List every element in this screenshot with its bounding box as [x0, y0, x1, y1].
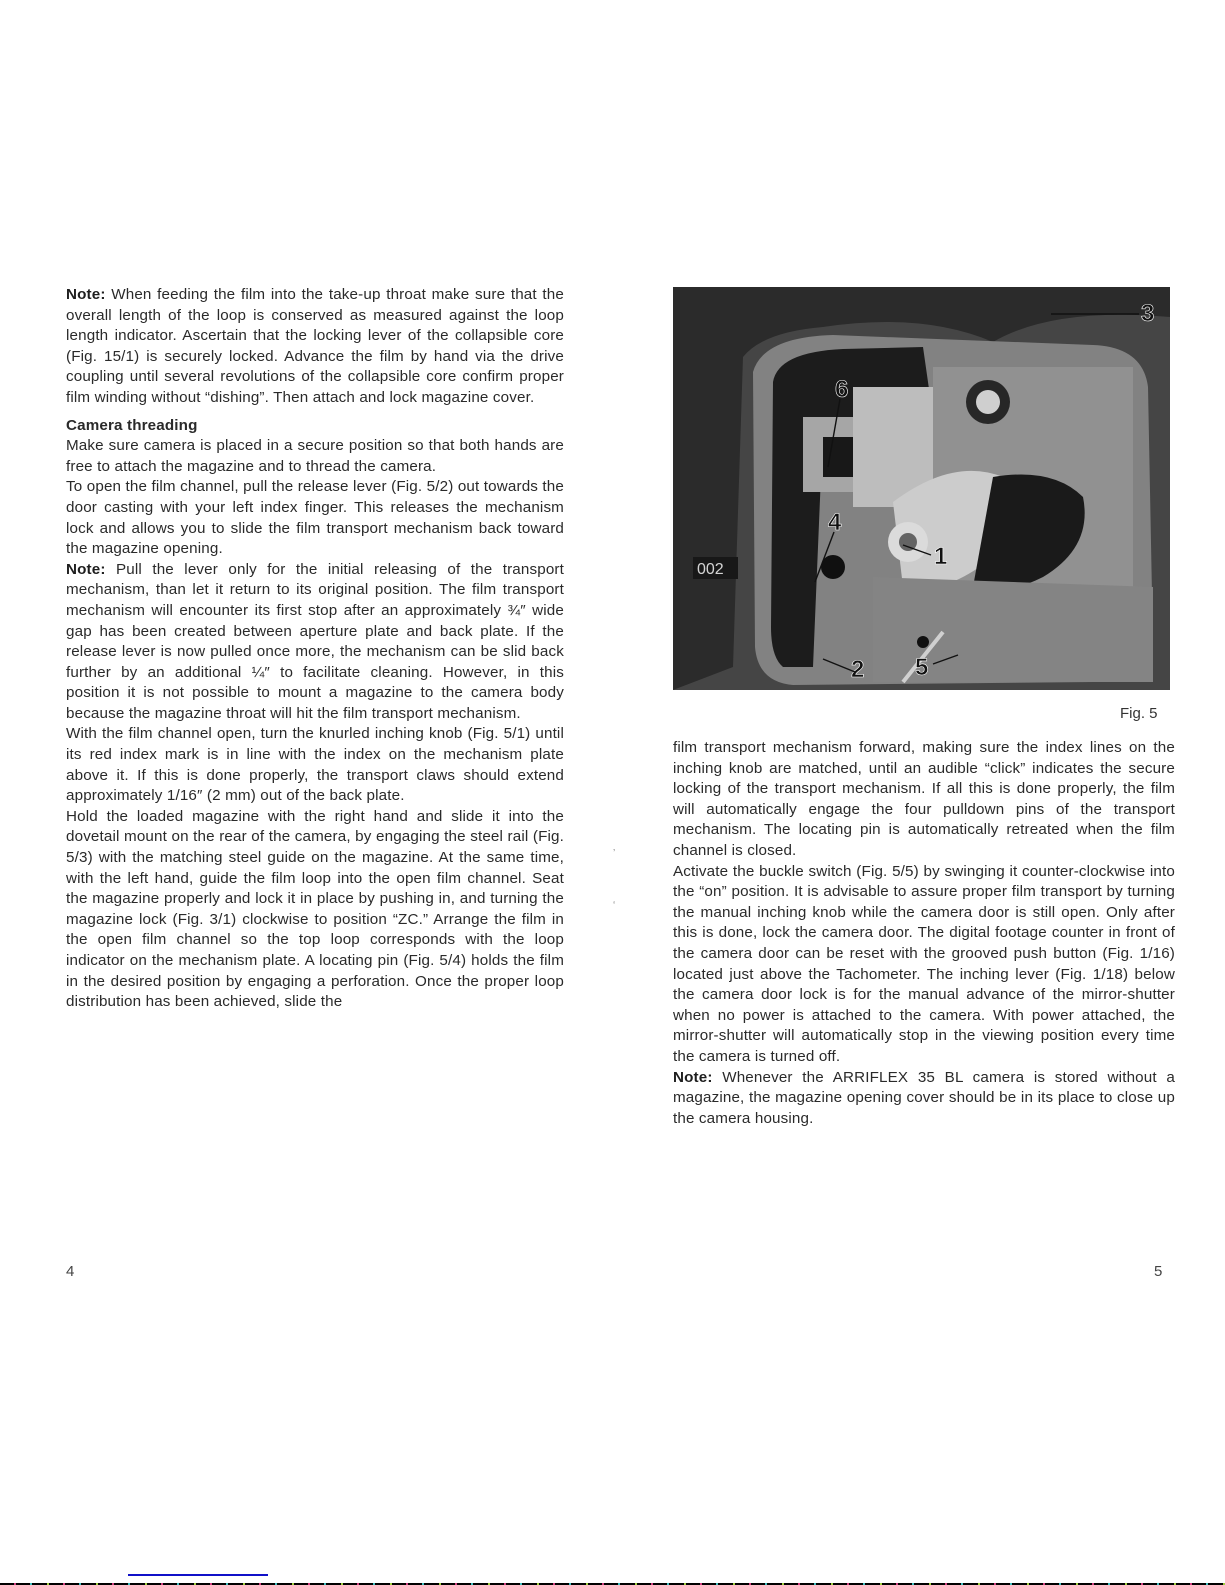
- note-label: Note:: [66, 286, 106, 303]
- paragraph-note-storage: Note: Whenever the ARRIFLEX 35 BL camera…: [673, 1068, 1175, 1130]
- paragraph-open-film-channel: To open the film channel, pull the relea…: [66, 477, 564, 559]
- paragraph-load-magazine: Hold the loaded magazine with the right …: [66, 807, 564, 1013]
- paragraph-note-lever: Note: Pull the lever only for the initia…: [66, 560, 564, 725]
- section-heading-camera-threading: Camera threading: [66, 416, 564, 437]
- right-page-text: film transport mechanism forward, making…: [673, 738, 1175, 1129]
- link-underline[interactable]: [128, 1574, 268, 1576]
- figure-5-camera-photo: 002 1 2 3 4 5 6: [673, 287, 1170, 690]
- scan-artifact-mark: ‘: [613, 900, 615, 911]
- figure-caption: Fig. 5: [1120, 705, 1158, 722]
- paragraph-slide-forward: film transport mechanism forward, making…: [673, 738, 1175, 862]
- callout-1: 1: [934, 543, 947, 570]
- paragraph-buckle-switch: Activate the buckle switch (Fig. 5/5) by…: [673, 862, 1175, 1068]
- note-label: Note:: [673, 1069, 713, 1086]
- note-label: Note:: [66, 561, 106, 578]
- page-number-right: 5: [1154, 1263, 1162, 1280]
- callout-6: 6: [835, 376, 848, 403]
- callout-3: 3: [1141, 300, 1154, 327]
- paragraph-note-takeup: Note: When feeding the film into the tak…: [66, 285, 564, 409]
- camera-mechanism-illustration: 002 1 2 3 4 5 6: [673, 287, 1170, 690]
- callout-5: 5: [915, 654, 928, 681]
- left-page-text: Note: When feeding the film into the tak…: [66, 285, 564, 1013]
- scan-artifact-mark: ’: [613, 848, 615, 859]
- callout-4: 4: [828, 509, 842, 536]
- page-number-left: 4: [66, 1263, 74, 1280]
- paragraph-secure-position: Make sure camera is placed in a secure p…: [66, 436, 564, 477]
- paragraph-inching-knob: With the film channel open, turn the knu…: [66, 724, 564, 806]
- callout-2: 2: [851, 656, 864, 683]
